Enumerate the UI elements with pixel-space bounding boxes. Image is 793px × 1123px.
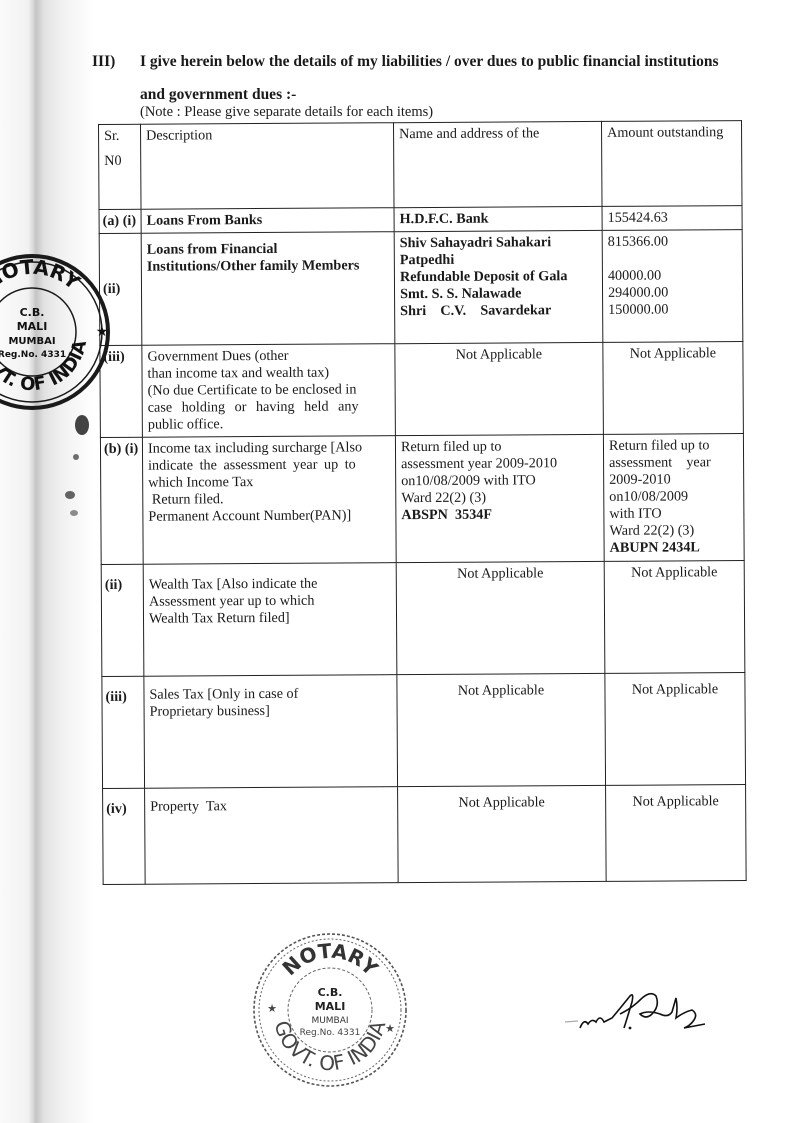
row-sr: (ii) (101, 564, 144, 676)
table-row: (iii) Government Dues (other than income… (100, 342, 744, 438)
row-description: Income tax including surcharge [Also ind… (142, 436, 396, 565)
notary-stamp-left: NOTARY GOVT. OF INDIA C.B. MALI MUMBAI R… (0, 252, 112, 412)
svg-text:Reg.No. 4331: Reg.No. 4331 (300, 1028, 361, 1038)
row-description: Loans from Financial Institutions/Other … (141, 232, 395, 346)
row-amount: Not Applicable (605, 673, 746, 786)
row-sr: (iii) (102, 676, 145, 788)
header-name-address: Name and address of the (393, 121, 602, 207)
row-name-address: Not Applicable (398, 785, 607, 882)
svg-text:C.B.: C.B. (20, 306, 45, 319)
row-amount: Not Applicable (604, 561, 745, 674)
row-name-address: Not Applicable (395, 342, 604, 435)
svg-text:C.B.: C.B. (318, 986, 343, 999)
section-note: (Note : Please give separate details for… (140, 104, 433, 121)
section-heading-text: I give herein below the details of my li… (140, 45, 720, 111)
row-amount: Not Applicable (603, 342, 744, 435)
header-sr: Sr. N0 (99, 124, 142, 209)
notary-stamp-bottom: NOTARY GOVT. OF INDIA C.B. MALI MUMBAI R… (250, 930, 410, 1090)
table-row: (b) (i) Income tax including surcharge [… (100, 434, 744, 565)
row-name-address: Not Applicable (397, 673, 606, 786)
row-description: Property Tax (145, 787, 399, 885)
table-header-row: Sr. N0 Description Name and address of t… (99, 121, 743, 210)
header-amount: Amount outstanding (601, 121, 742, 207)
svg-text:MUMBAI: MUMBAI (8, 336, 55, 347)
pan-number: ABSPN 3534F (401, 506, 598, 524)
row-amount: Not Applicable (606, 785, 747, 882)
row-description: Sales Tax [Only in case of Proprietary b… (144, 675, 398, 789)
table-row: (iii) Sales Tax [Only in case of Proprie… (102, 673, 746, 789)
svg-text:MALI: MALI (315, 1000, 346, 1013)
header-description: Description (141, 123, 395, 210)
svg-text:MUMBAI: MUMBAI (311, 1016, 348, 1026)
signature (560, 988, 710, 1038)
row-description: Government Dues (other than income tax a… (142, 344, 396, 438)
svg-text:MALI: MALI (17, 320, 48, 333)
svg-text:★: ★ (96, 325, 109, 340)
svg-text:★: ★ (267, 1003, 277, 1015)
svg-text:NOTARY: NOTARY (278, 939, 384, 981)
row-amount: 155424.63 (602, 206, 742, 231)
row-name-address: Not Applicable (396, 561, 605, 674)
svg-text:Reg.No. 4331: Reg.No. 4331 (0, 350, 66, 360)
row-sr: (iv) (103, 788, 146, 884)
row-description: Wealth Tax [Also indicate the Assessment… (143, 563, 397, 677)
table-row: (iv) Property Tax Not Applicable Not App… (103, 785, 747, 885)
row-description: Loans From Banks (141, 208, 394, 234)
liabilities-table: Sr. N0 Description Name and address of t… (98, 120, 747, 885)
row-sr: (b) (i) (100, 437, 143, 564)
section-number: III) (92, 45, 115, 78)
row-name-address: H.D.F.C. Bank (394, 206, 602, 231)
page-binding-shadow (0, 0, 95, 1123)
row-amount: Return filed up to assessment year 2009-… (603, 434, 744, 562)
row-name-address: Return filed up to assessment year 2009-… (395, 434, 604, 562)
pan-number: ABUPN 2434L (610, 539, 739, 557)
row-amount: 815366.00 40000.00 294000.00 150000.00 (602, 230, 743, 343)
ink-smudge (60, 415, 100, 535)
table-row: (ii) Loans from Financial Institutions/O… (99, 230, 743, 346)
svg-text:★: ★ (385, 1023, 395, 1035)
row-name-address: Shiv Sahayadri Sahakari Patpedhi Refunda… (394, 230, 603, 343)
row-sr: (a) (i) (99, 209, 141, 233)
table-row: (ii) Wealth Tax [Also indicate the Asses… (101, 561, 745, 677)
